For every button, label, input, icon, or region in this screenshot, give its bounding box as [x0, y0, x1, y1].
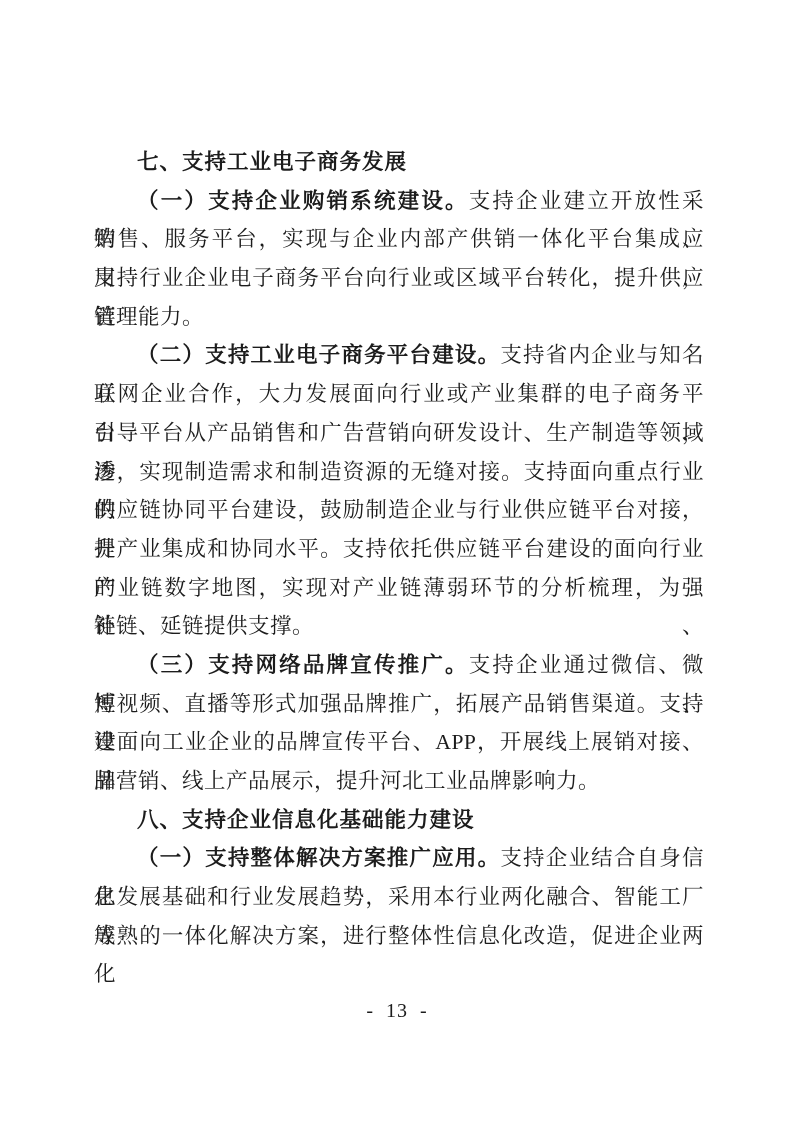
text-line: 管理能力。: [94, 298, 704, 337]
text-line: （二）支持工业电子商务平台建设。支持省内企业与知名互: [94, 336, 704, 375]
section-heading: 八、支持企业信息化基础能力建设: [94, 801, 704, 840]
text-line: 升产业集成和协同水平。支持依托供应链平台建设的面向行业的: [94, 530, 704, 569]
text-line: 销售、服务平台，实现与企业内部产供销一体化平台集成应用，: [94, 220, 704, 259]
text-line: （一）支持整体解决方案推广应用。支持企业结合自身信息: [94, 839, 704, 878]
paragraph-lead-bold: （一）支持企业购销系统建设。: [137, 189, 469, 213]
text-line: 化发展基础和行业发展趋势，采用本行业两化融合、智能工厂等: [94, 878, 704, 917]
text-line: （三）支持网络品牌宣传推广。支持企业通过微信、微博、: [94, 646, 704, 685]
text-line: 透，实现制造需求和制造资源的无缝对接。支持面向重点行业的: [94, 453, 704, 492]
text-line: 牌营销、线上产品展示，提升河北工业品牌影响力。: [94, 762, 704, 801]
text-line: 联网企业合作，大力发展面向行业或产业集群的电子商务平台，: [94, 375, 704, 414]
text-line: 成熟的一体化解决方案，进行整体性信息化改造，促进企业两化: [94, 917, 704, 956]
document-page: 七、支持工业电子商务发展（一）支持企业购销系统建设。支持企业建立开放性采购、销售…: [0, 0, 794, 1123]
text-line: 引导平台从产品销售和广告营销向研发设计、生产制造等领域渗: [94, 414, 704, 453]
paragraph-lead-bold: （一）支持整体解决方案推广应用。: [137, 846, 500, 870]
text-line: 短视频、直播等形式加强品牌推广，拓展产品销售渠道。支持建: [94, 685, 704, 724]
text-line: （一）支持企业购销系统建设。支持企业建立开放性采购、: [94, 182, 704, 221]
page-footer: - 13 -: [0, 1000, 794, 1023]
text-line: 设面向工业企业的品牌宣传平台、APP，开展线上展销对接、品: [94, 723, 704, 762]
text-line: 供应链协同平台建设，鼓励制造企业与行业供应链平台对接，提: [94, 491, 704, 530]
text-line: 支持行业企业电子商务平台向行业或区域平台转化，提升供应链: [94, 259, 704, 298]
paragraph-lead-bold: （二）支持工业电子商务平台建设。: [137, 343, 500, 367]
page-number: - 13 -: [366, 1000, 427, 1022]
text-line: 产业链数字地图，实现对产业链薄弱环节的分析梳理，为强链、: [94, 569, 704, 608]
section-heading: 七、支持工业电子商务发展: [94, 143, 704, 182]
paragraph-lead-bold: （三）支持网络品牌宣传推广。: [137, 653, 469, 677]
document-body: 七、支持工业电子商务发展（一）支持企业购销系统建设。支持企业建立开放性采购、销售…: [94, 143, 704, 955]
